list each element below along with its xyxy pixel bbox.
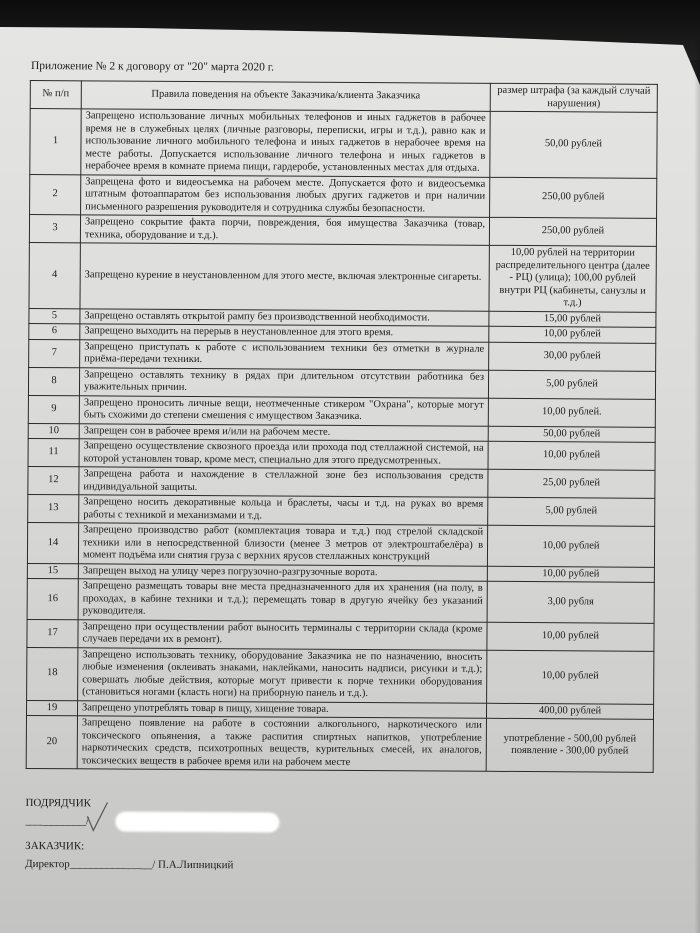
row-fine: 400,00 рублей <box>486 703 653 720</box>
row-fine: 10,00 рублей. <box>488 398 655 427</box>
row-number: 4 <box>29 242 80 308</box>
row-rule: Запрещено размещать товары вне места пре… <box>78 579 487 622</box>
row-rule: Запрещено курение в неустановленном для … <box>80 243 489 311</box>
row-number: 15 <box>27 563 78 579</box>
row-fine: 5,00 рублей <box>488 370 655 399</box>
table-row: 20Запрещено появление на работе в состоя… <box>26 715 653 772</box>
redacted-name <box>115 812 279 833</box>
table-row: 16Запрещено размещать товары вне места п… <box>27 578 654 622</box>
row-number: 6 <box>29 323 80 339</box>
document-content: Приложение № 2 к договору от "20" марта … <box>0 0 700 933</box>
signature-mark-icon <box>83 800 113 836</box>
table-row: 17Запрещено при осуществлении работ выно… <box>27 619 654 651</box>
table-row: 18Запрещено использовать технику, оборуд… <box>27 647 654 704</box>
row-number: 1 <box>30 109 81 175</box>
row-number: 16 <box>27 578 78 619</box>
table-header-row: № п/п Правила поведения на объекте Заказ… <box>30 81 657 113</box>
row-fine: 10,00 рублей <box>487 622 654 651</box>
row-fine: 10,00 рублей <box>489 326 656 343</box>
row-number: 8 <box>28 367 79 395</box>
table-row: 8Запрещено оставлять технику в рядах при… <box>28 367 655 399</box>
row-fine: 250,00 рублей <box>489 217 656 246</box>
row-number: 17 <box>27 619 78 647</box>
row-fine: 10,00 рублей <box>487 566 654 583</box>
row-number: 10 <box>28 423 79 439</box>
row-rule: Запрещено приступать к работе с использо… <box>80 339 489 369</box>
row-number: 5 <box>29 308 80 324</box>
header-rule: Правила поведения на объекте Заказчика/к… <box>81 81 490 111</box>
table-row: 12Запрещена работа и нахождение в стелла… <box>28 466 655 498</box>
rules-table: № п/п Правила поведения на объекте Заказ… <box>26 80 658 773</box>
row-fine: 3,00 рубля <box>487 581 654 623</box>
row-rule: Запрещено использование личных мобильных… <box>81 109 490 177</box>
row-number: 20 <box>26 715 77 768</box>
document-title: Приложение № 2 к договору от "20" марта … <box>31 60 274 73</box>
row-rule: Запрещено появление на работе в состояни… <box>77 716 486 771</box>
contractor-label: ПОДРЯДЧИК <box>25 797 91 809</box>
customer-label: ЗАКАЗЧИК: <box>25 840 84 852</box>
row-fine: 10,00 рублей <box>487 650 654 704</box>
table-row: 2Запрещена фото и видеосъемка на рабочем… <box>30 174 657 218</box>
customer-signature-line: Директор_______________/ П.А.Липницкий <box>25 858 233 871</box>
row-fine: 10,00 рублей <box>487 525 654 567</box>
row-rule: Запрещено осуществление сквозного проезд… <box>79 439 488 469</box>
row-rule: Запрещена работа и нахождение в стеллажн… <box>79 467 488 497</box>
table-row: 9Запрещено проносить личные вещи, неотме… <box>28 395 655 427</box>
row-fine: 30,00 рублей <box>489 342 656 371</box>
table-row: 13Запрещено носить декоративные кольца и… <box>28 494 655 526</box>
contractor-signature-line: ___________/ <box>25 815 89 827</box>
row-number: 14 <box>27 522 78 563</box>
row-rule: Запрещено использовать технику, оборудов… <box>78 647 487 702</box>
row-fine: 10,00 рублей <box>488 441 655 470</box>
row-fine: 5,00 рублей <box>488 497 655 526</box>
table-row: 4Запрещено курение в неустановленном для… <box>29 242 656 311</box>
row-rule: Запрещено при осуществлении работ выноси… <box>78 619 487 649</box>
row-fine: 250,00 рублей <box>490 177 657 219</box>
header-fine: размер штрафа (за каждый случай нарушени… <box>490 83 657 112</box>
table-row: 11Запрещено осуществление сквозного прое… <box>28 438 655 470</box>
table-row: 1Запрещено использование личных мобильны… <box>30 109 657 178</box>
row-number: 12 <box>28 466 79 494</box>
table-row: 14Запрещено производство работ (комплект… <box>27 522 654 566</box>
row-number: 19 <box>26 700 77 716</box>
row-fine: 10,00 рублей на территории распределител… <box>489 245 656 312</box>
table-row: 3Запрещено сокрытие факта порчи, поврежд… <box>29 215 656 247</box>
row-fine: 15,00 рублей <box>489 311 656 328</box>
header-number: № п/п <box>30 81 81 109</box>
row-number: 13 <box>28 494 79 522</box>
row-rule: Запрещено проносить личные вещи, неотмеч… <box>79 395 488 425</box>
row-rule: Запрещена фото и видеосъемка на рабочем … <box>81 174 490 217</box>
row-number: 7 <box>29 339 80 367</box>
row-fine: употребление - 500,00 рублей появление -… <box>486 718 653 772</box>
row-rule: Запрещено производство работ (комплектац… <box>78 523 487 566</box>
row-rule: Запрещено носить декоративные кольца и б… <box>79 495 488 525</box>
row-fine: 50,00 рублей <box>488 426 655 443</box>
row-number: 2 <box>30 174 81 215</box>
row-fine: 25,00 рублей <box>488 469 655 498</box>
row-number: 18 <box>27 647 78 700</box>
row-number: 3 <box>29 215 80 243</box>
row-number: 9 <box>28 395 79 423</box>
row-rule: Запрещено оставлять технику в рядах при … <box>79 367 488 397</box>
table-body: 1Запрещено использование личных мобильны… <box>26 109 657 773</box>
row-number: 11 <box>28 438 79 466</box>
row-fine: 50,00 рублей <box>490 111 657 178</box>
row-rule: Запрещено сокрытие факта порчи, поврежде… <box>80 215 489 245</box>
table-row: 7Запрещено приступать к работе с использ… <box>29 339 656 371</box>
